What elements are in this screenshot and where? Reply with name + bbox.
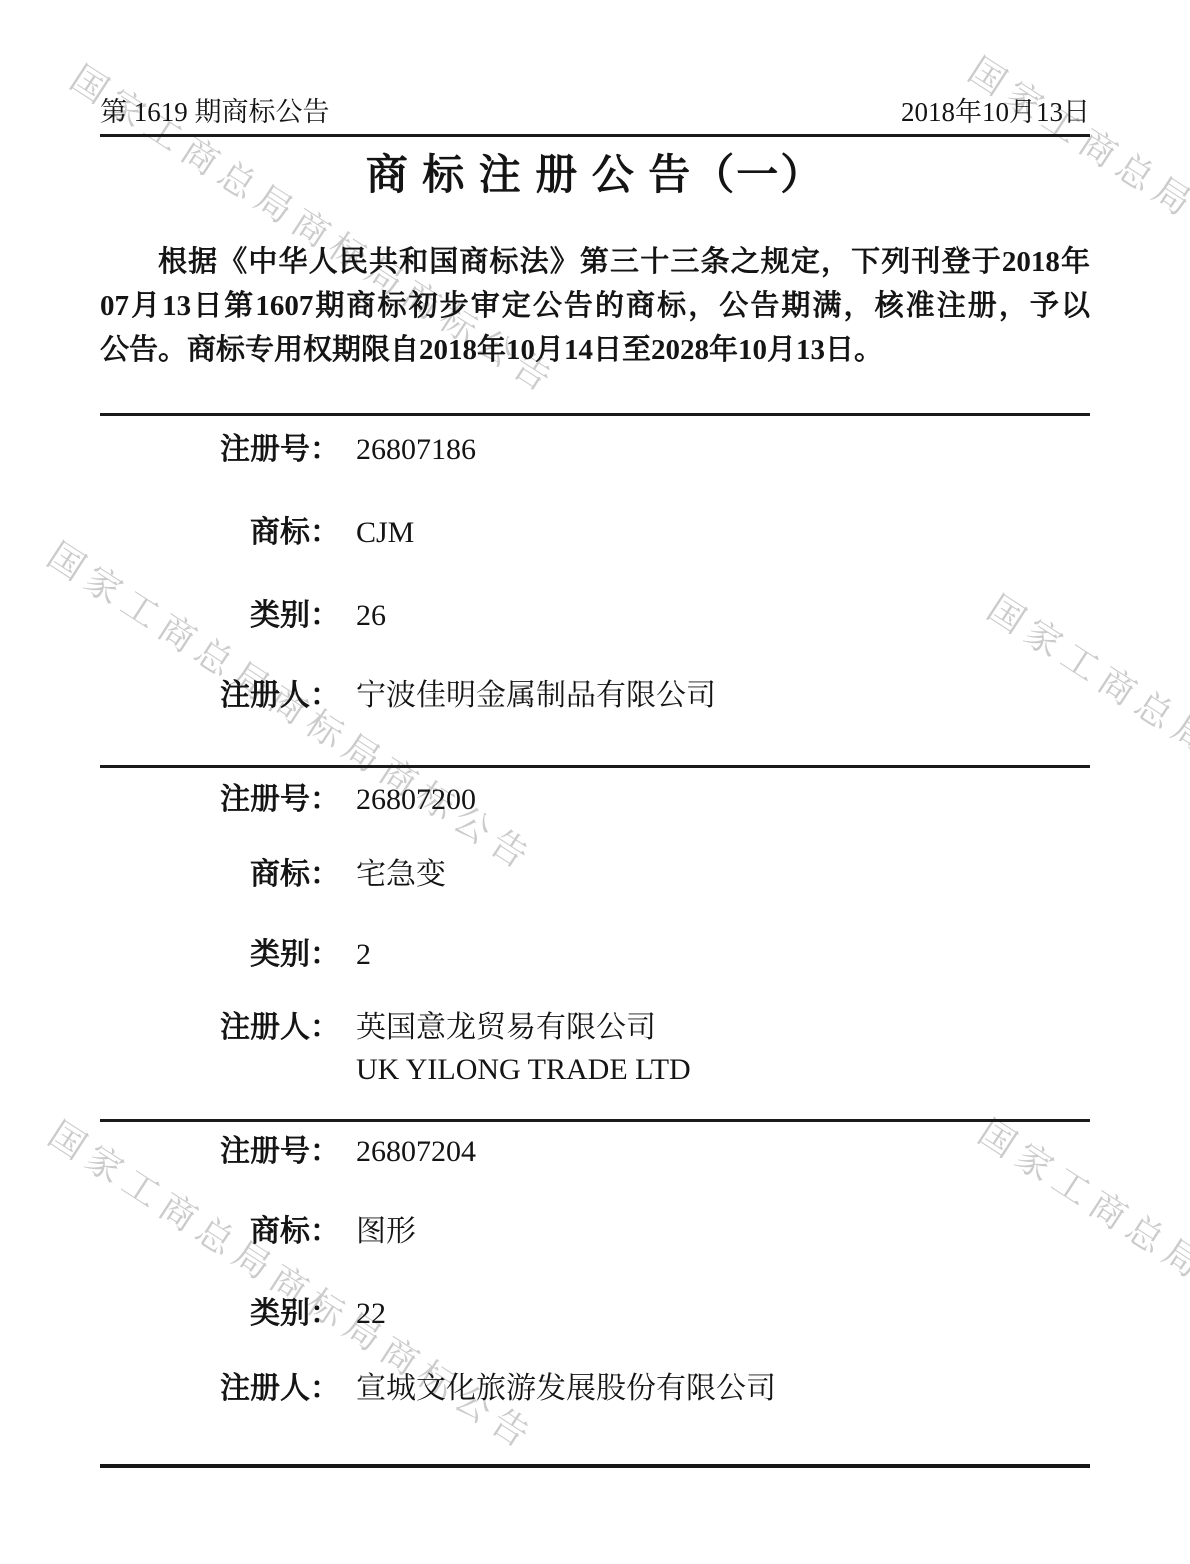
- field-registration-number: 注册号： 26807186: [100, 432, 1090, 468]
- field-label: 类别：: [100, 937, 340, 973]
- field-value: CJM: [356, 515, 414, 551]
- field-label: 商标：: [100, 857, 340, 893]
- field-trademark: 商标： CJM: [100, 515, 1090, 551]
- field-trademark: 商标： 图形: [100, 1214, 1090, 1250]
- trademark-entry: 注册号： 26807186 商标： CJM 类别： 26 注册人： 宁波佳明金属…: [100, 416, 1090, 765]
- field-label: 注册号：: [100, 1134, 340, 1170]
- field-value: 26: [356, 598, 386, 634]
- entries-list: 注册号： 26807186 商标： CJM 类别： 26 注册人： 宁波佳明金属…: [100, 413, 1090, 1468]
- header-date: 2018年10月13日: [901, 94, 1090, 130]
- field-registration-number: 注册号： 26807200: [100, 782, 1090, 818]
- field-value: 26807204: [356, 1134, 476, 1170]
- field-label: 类别：: [100, 1296, 340, 1332]
- field-label: 类别：: [100, 598, 340, 634]
- intro-line: 07月13日第1607期商标初步审定公告的商标，公告期满，核准注册，予以: [100, 284, 1090, 328]
- field-value: 宣城文化旅游发展股份有限公司: [356, 1371, 776, 1407]
- field-value: 26807186: [356, 432, 476, 468]
- bottom-rule: [100, 1464, 1090, 1468]
- field-value: 宅急变: [356, 857, 446, 893]
- field-value: 2: [356, 937, 371, 973]
- field-value: 图形: [356, 1214, 416, 1250]
- field-registrant: 注册人： 宁波佳明金属制品有限公司: [100, 678, 1090, 714]
- trademark-entry: 注册号： 26807204 商标： 图形 类别： 22 注册人： 宣城文化旅游发…: [100, 1122, 1090, 1464]
- registrant-name-en: UK YILONG TRADE LTD: [356, 1050, 691, 1090]
- field-class: 类别： 26: [100, 598, 1090, 634]
- trademark-entry: 注册号： 26807200 商标： 宅急变 类别： 2 注册人： 英国意龙贸易有…: [100, 768, 1090, 1119]
- page-title: 商 标 注 册 公 告（一）: [0, 150, 1190, 202]
- intro-paragraph: 根据《中华人民共和国商标法》第三十三条之规定，下列刊登于2018年 07月13日…: [100, 240, 1090, 372]
- field-label: 注册人：: [100, 1010, 340, 1046]
- field-registrant: 注册人： 宣城文化旅游发展股份有限公司: [100, 1371, 1090, 1407]
- field-value: 26807200: [356, 782, 476, 818]
- field-value: 22: [356, 1296, 386, 1332]
- header-issue-number: 第 1619 期商标公告: [100, 94, 330, 130]
- field-registration-number: 注册号： 26807204: [100, 1134, 1090, 1170]
- field-label: 注册号：: [100, 782, 340, 818]
- intro-line: 公告。商标专用权期限自2018年10月14日至2028年10月13日。: [100, 328, 1090, 372]
- gazette-page: 国家工商总局商标局商标公告 国家工商总局商标局商标公告 国家工商总局商标局商标公…: [0, 0, 1190, 1564]
- field-label: 注册人：: [100, 1371, 340, 1407]
- intro-line: 根据《中华人民共和国商标法》第三十三条之规定，下列刊登于2018年: [100, 240, 1090, 284]
- field-label: 商标：: [100, 1214, 340, 1250]
- field-value: 英国意龙贸易有限公司 UK YILONG TRADE LTD: [356, 1010, 691, 1090]
- field-label: 注册人：: [100, 678, 340, 714]
- header-rule: [100, 134, 1090, 137]
- registrant-name-cn: 英国意龙贸易有限公司: [356, 1010, 691, 1046]
- field-registrant: 注册人： 英国意龙贸易有限公司 UK YILONG TRADE LTD: [100, 1010, 1090, 1090]
- field-class: 类别： 22: [100, 1296, 1090, 1332]
- field-label: 商标：: [100, 515, 340, 551]
- field-class: 类别： 2: [100, 937, 1090, 973]
- field-label: 注册号：: [100, 432, 340, 468]
- field-trademark: 商标： 宅急变: [100, 857, 1090, 893]
- field-value: 宁波佳明金属制品有限公司: [356, 678, 716, 714]
